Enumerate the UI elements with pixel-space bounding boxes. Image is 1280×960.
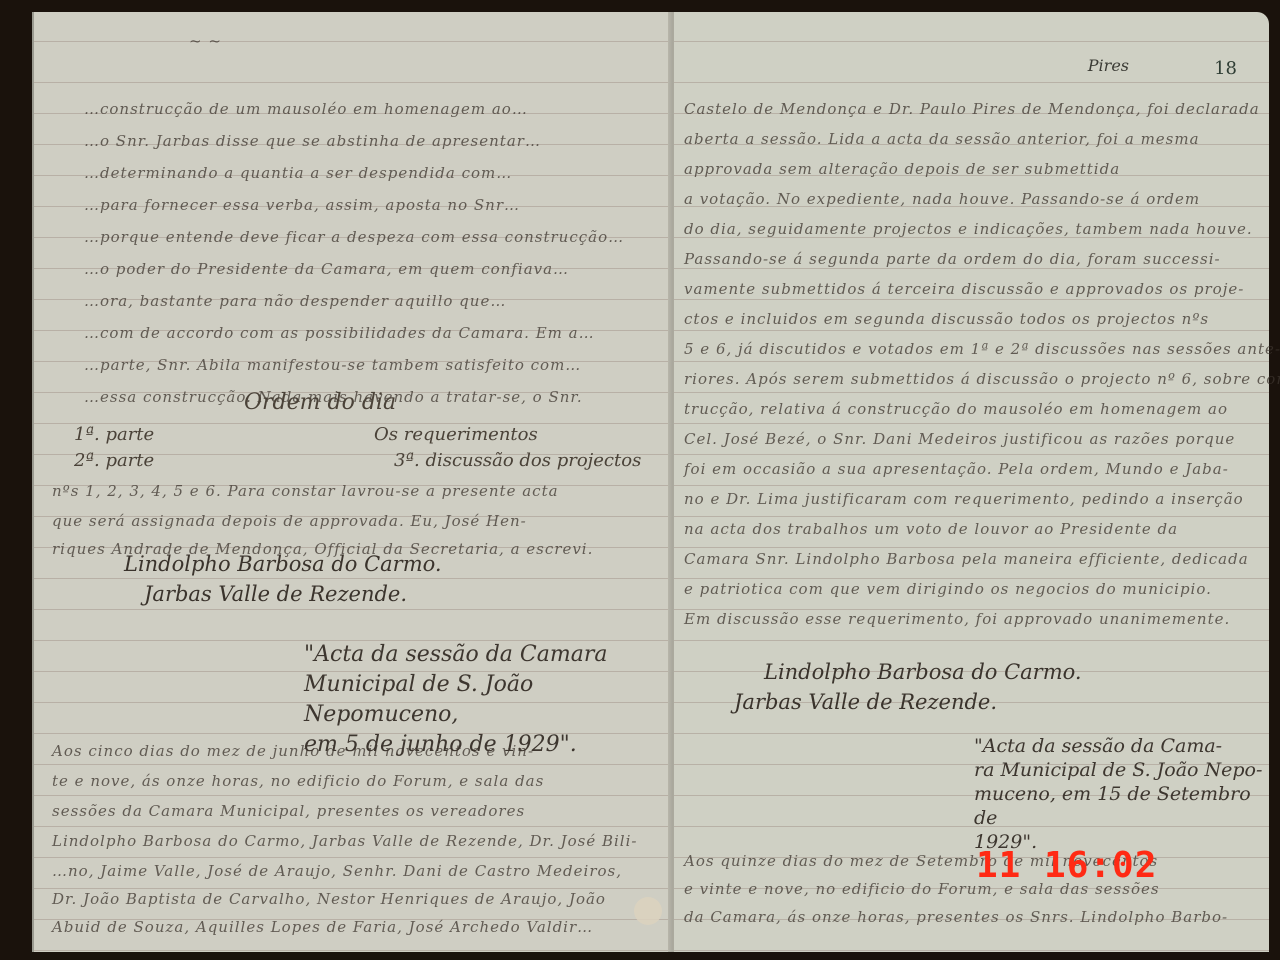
order-item-text: 3ª. discussão dos projectos <box>394 450 641 471</box>
body-line: Em discussão esse requerimento, foi appr… <box>684 610 1230 628</box>
body-line: Castelo de Mendonça e Dr. Paulo Pires de… <box>684 100 1260 118</box>
body-line: e patriotica com que vem dirigindo os ne… <box>684 580 1212 598</box>
session-title-line: Municipal de S. João Nepomuceno, <box>304 670 674 730</box>
session-body-line: sessões da Camara Municipal, presentes o… <box>52 802 525 820</box>
page-number: 18 <box>1214 58 1237 79</box>
body-line: …porque entende deve ficar a despeza com… <box>84 228 624 246</box>
body-line: Camara Snr. Lindolpho Barbosa pela manei… <box>684 550 1249 568</box>
body-line: …o poder do Presidente da Camara, em que… <box>84 260 569 278</box>
body-line: …o Snr. Jarbas disse que se abstinha de … <box>84 132 541 150</box>
right-page: Pires 18 Castelo de Mendonça e Dr. Paulo… <box>674 12 1269 952</box>
paper-stain <box>634 897 662 925</box>
closing-line: nºs 1, 2, 3, 4, 5 e 6. Para constar lavr… <box>52 482 559 500</box>
signature-president: Lindolpho Barbosa do Carmo. <box>124 552 442 576</box>
session-body-line: te e nove, ás onze horas, no edificio do… <box>52 772 544 790</box>
body-line: 5 e 6, já discutidos e votados em 1ª e 2… <box>684 340 1280 358</box>
body-line: ctos e incluidos em segunda discussão to… <box>684 310 1209 328</box>
order-item-label: 1ª. parte <box>74 424 154 445</box>
body-line: …ora, bastante para não despender aquill… <box>84 292 506 310</box>
faint-top-mark: ~ ~ <box>189 32 222 50</box>
body-line: trucção, relativa á construcção do mauso… <box>684 400 1228 418</box>
signature-secretary: Jarbas Valle de Rezende. <box>734 690 997 714</box>
body-line: a votação. No expediente, nada houve. Pa… <box>684 190 1200 208</box>
signature-president: Lindolpho Barbosa do Carmo. <box>764 660 1082 684</box>
body-line: riores. Após serem submettidos á discuss… <box>684 370 1280 388</box>
body-line: na acta dos trabalhos um voto de louvor … <box>684 520 1178 538</box>
session-title-line: "Acta da sessão da Cama- <box>974 734 1269 758</box>
left-page: ~ ~ …construcção de um mausoléo em homen… <box>32 12 674 952</box>
open-ledger: ~ ~ …construcção de um mausoléo em homen… <box>18 12 1270 952</box>
order-item-text: Os requerimentos <box>374 424 538 445</box>
camera-timestamp-overlay: 11 16:02 <box>976 845 1157 886</box>
body-line: do dia, seguidamente projectos e indicaç… <box>684 220 1253 238</box>
session-title: "Acta da sessão da Cama- ra Municipal de… <box>974 734 1269 854</box>
body-line: vamente submettidos á terceira discussão… <box>684 280 1244 298</box>
session-body-line: Lindolpho Barbosa do Carmo, Jarbas Valle… <box>52 832 637 850</box>
pencil-note: Pires <box>1088 56 1129 75</box>
body-line: …parte, Snr. Abila manifestou-se tambem … <box>84 356 581 374</box>
order-item-label: 2ª. parte <box>74 450 154 471</box>
session-body-line: da Camara, ás onze horas, presentes os S… <box>684 908 1228 926</box>
signature-secretary: Jarbas Valle de Rezende. <box>144 582 407 606</box>
session-body-line: Aos cinco dias do mez de junho de mil no… <box>52 742 534 760</box>
order-of-day-heading: Ordem do dia <box>244 390 396 415</box>
session-title-line: muceno, em 15 de Setembro de <box>974 782 1269 830</box>
body-line: no e Dr. Lima justificaram com requerime… <box>684 490 1244 508</box>
body-line: Cel. José Bezé, o Snr. Dani Medeiros jus… <box>684 430 1235 448</box>
session-body-line: …no, Jaime Valle, José de Araujo, Senhr.… <box>52 862 622 880</box>
body-line: Passando-se á segunda parte da ordem do … <box>684 250 1221 268</box>
body-line: …determinando a quantia a ser despendida… <box>84 164 512 182</box>
body-line: …para fornecer essa verba, assim, aposta… <box>84 196 520 214</box>
session-body-line: Abuid de Souza, Aquilles Lopes de Faria,… <box>52 918 593 936</box>
body-line: aberta a sessão. Lida a acta da sessão a… <box>684 130 1200 148</box>
body-line: …construcção de um mausoléo em homenagem… <box>84 100 528 118</box>
closing-line: que será assignada depois de approvada. … <box>52 512 527 530</box>
body-line: …com de accordo com as possibilidades da… <box>84 324 595 342</box>
session-title-line: "Acta da sessão da Camara <box>304 640 674 670</box>
body-line: foi em occasião a sua apresentação. Pela… <box>684 460 1229 478</box>
body-line: approvada sem alteração depois de ser su… <box>684 160 1120 178</box>
session-body-line: Dr. João Baptista de Carvalho, Nestor He… <box>52 890 606 908</box>
session-title-line: ra Municipal de S. João Nepo- <box>974 758 1269 782</box>
